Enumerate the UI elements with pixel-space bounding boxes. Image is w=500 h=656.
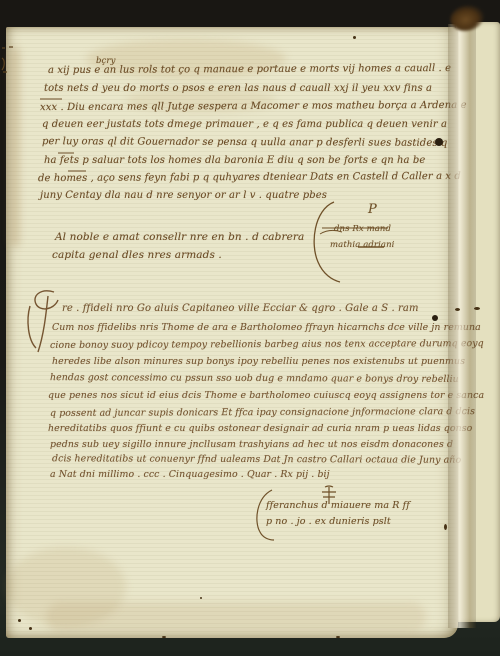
manuscript-line: q possent ad juncar supis donicars Et ff… [50, 406, 475, 419]
manuscript-line: que penes nos sicut id eius dcis Thome e… [48, 390, 484, 401]
margin-scribbles [0, 44, 24, 80]
manuscript-scan: bçry a xij pus e an lus rols tot ço q ma… [0, 0, 500, 656]
manuscript-line: cione bonoy suoy pdicoy tempoy rebellion… [50, 338, 484, 351]
address-line: capita genal dles nres armads . [52, 249, 222, 261]
edge-speck [200, 597, 202, 599]
chancery-flourish: P [368, 202, 377, 217]
manuscript-line: a Nat dni millimo . ccc . Cinquagesimo .… [50, 469, 330, 480]
ink-speck [474, 307, 480, 310]
ink-speck [353, 36, 356, 39]
edge-speck [336, 636, 340, 638]
edge-speck [18, 619, 21, 622]
manuscript-line: heredes libe alson minures sup bonys ipo… [52, 356, 465, 367]
signature-line: fferanchus d miauere ma R ff [266, 500, 410, 511]
chancery-strike [356, 243, 406, 253]
address-line: Al noble e amat consellr nre en bn . d c… [55, 231, 304, 243]
manuscript-line: pedns sub uey sigillo innure jncllusam t… [50, 439, 453, 450]
manuscript-line: hendas gost concessimo cu pssun sso uob … [50, 372, 459, 385]
chancery-note-line: dns Rx mand [334, 224, 391, 234]
wormhole-spot [435, 138, 443, 146]
edge-speck [162, 636, 166, 638]
ink-speck [455, 308, 460, 311]
ink-speck [444, 524, 447, 530]
manuscript-line: Cum nos ffidelibs nris Thome de ara e Ba… [52, 322, 481, 333]
edge-speck [29, 627, 32, 630]
letter2-heading: re . ffideli nro Go aluis Capitaneo vill… [62, 303, 419, 314]
wormhole-spot [432, 315, 438, 321]
signature-line: p no . jo . ex dunieris pslt [266, 516, 391, 527]
manuscript-line: hereditatibs quos ffiunt e cu quibs osto… [48, 423, 472, 434]
manuscript-line: dcis hereditatibs ut conuenyr ffnd ualea… [52, 453, 461, 465]
